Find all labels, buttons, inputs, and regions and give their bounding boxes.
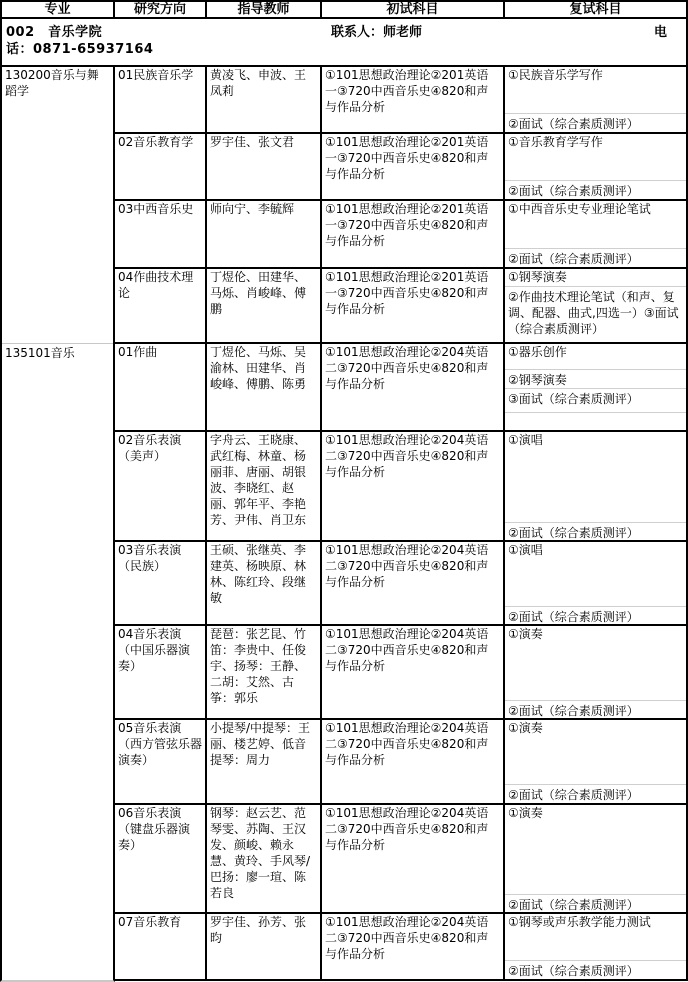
retest-item: ②面试（综合素质测评） — [505, 181, 686, 199]
advisors-cell: 钢琴：赵云艺、范琴雯、苏陶、王汉发、颜峻、赖永慧、黄玲、手风琴/巴扬：廖一瑄、陈… — [207, 803, 322, 914]
retest-cell: ①演奏 ②面试（综合素质测评） — [505, 803, 688, 914]
advisors-cell: 罗宇佳、张文君 — [207, 132, 322, 201]
advisors-cell: 王硕、张继英、李建英、杨映原、林林、陈红玲、段继敏 — [207, 540, 322, 626]
exam-cell: ①101思想政治理论②201英语一③720中西音乐史④820和声与作品分析 — [322, 199, 505, 269]
retest-item: ②面试（综合素质测评） — [505, 523, 686, 540]
exam-cell: ①101思想政治理论②204英语二③720中西音乐史④820和声与作品分析 — [322, 912, 505, 981]
retest-item: ②面试（综合素质测评） — [505, 895, 686, 912]
retest-cell: ①民族音乐学写作 ②面试（综合素质测评） — [505, 65, 688, 134]
retest-item: ②面试（综合素质测评） — [505, 114, 686, 132]
retest-item: ①中西音乐史专业理论笔试 — [505, 199, 686, 249]
direction-cell: 02音乐教育学 — [115, 132, 207, 201]
direction-cell: 03中西音乐史 — [115, 199, 207, 269]
retest-item: ①演奏 — [505, 803, 686, 895]
exam-cell: ①101思想政治理论②204英语二③720中西音乐史④820和声与作品分析 — [322, 624, 505, 720]
retest-cell: ①钢琴或声乐教学能力测试 ②面试（综合素质测评） — [505, 912, 688, 981]
retest-cell: ①钢琴演奏 ②作曲技术理论笔试（和声、复调、配器、曲式,四选一）③面试（综合素质… — [505, 267, 688, 344]
direction-cell: 07音乐教育 — [115, 912, 207, 981]
retest-item: ①演奏 — [505, 718, 686, 785]
retest-item: ②面试（综合素质测评） — [505, 961, 686, 979]
college-info-row: 002 音乐学院 话：0871-65937164 联系人：师老师 电 — [0, 17, 688, 67]
advisors-cell: 字舟云、王晓康、武红梅、林童、杨丽菲、唐丽、胡银波、李晓红、赵丽、郭年平、李艳芳… — [207, 430, 322, 542]
retest-item: ②面试（综合素质测评） — [505, 701, 686, 718]
retest-cell: ①演唱 ②面试（综合素质测评） — [505, 430, 688, 542]
retest-cell: ①演唱 ②面试（综合素质测评） — [505, 540, 688, 626]
retest-item: ②面试（综合素质测评） — [505, 607, 686, 624]
exam-cell: ①101思想政治理论②204英语二③720中西音乐史④820和声与作品分析 — [322, 342, 505, 432]
direction-cell: 03音乐表演（民族） — [115, 540, 207, 626]
retest-item: ①民族音乐学写作 — [505, 65, 686, 114]
retest-item: ①钢琴演奏 — [505, 267, 686, 287]
college-phone: 话：0871-65937164 — [6, 38, 153, 57]
major-cell: 135101音乐 — [0, 343, 115, 982]
retest-item: ①器乐创作 — [505, 342, 686, 370]
retest-cell: ①演奏 ②面试（综合素质测评） — [505, 718, 688, 805]
direction-cell: 01作曲 — [115, 342, 207, 432]
retest-item: ①钢琴或声乐教学能力测试 — [505, 912, 686, 961]
retest-cell: ①音乐教育学写作 ②面试（综合素质测评） — [505, 132, 688, 201]
direction-cell: 04音乐表演（中国乐器演奏） — [115, 624, 207, 720]
retest-cell: ①演奏 ②面试（综合素质测评） — [505, 624, 688, 720]
advisors-cell: 琵琶：张艺昆、竹笛：李贵中、任俊宇、扬琴：王静、二胡：艾然、古筝：郭乐 — [207, 624, 322, 720]
advisors-cell: 师向宁、李毓辉 — [207, 199, 322, 269]
exam-cell: ①101思想政治理论②204英语二③720中西音乐史④820和声与作品分析 — [322, 430, 505, 542]
advisors-cell: 丁煜伦、田建华、马烁、肖峻峰、傅鹏 — [207, 267, 322, 344]
retest-item: ①演唱 — [505, 430, 686, 523]
direction-cell: 02音乐表演（美声） — [115, 430, 207, 542]
retest-item: ③面试（综合素质测评） — [505, 389, 686, 413]
advisors-cell: 小提琴/中提琴：王丽、楼艺婷、低音提琴：周力 — [207, 718, 322, 805]
retest-item: ①演唱 — [505, 540, 686, 607]
advisors-cell: 丁煜伦、马烁、吴渝林、田建华、肖峻峰、傅鹏、陈勇 — [207, 342, 322, 432]
retest-cell: ①中西音乐史专业理论笔试 ②面试（综合素质测评） — [505, 199, 688, 269]
advisors-cell: 黄凌飞、申波、王凤莉 — [207, 65, 322, 134]
advisors-cell: 罗宇佳、孙芳、张昀 — [207, 912, 322, 981]
exam-cell: ①101思想政治理论②204英语二③720中西音乐史④820和声与作品分析 — [322, 803, 505, 914]
retest-item: ②面试（综合素质测评） — [505, 785, 686, 803]
retest-item: ②面试（综合素质测评） — [505, 249, 686, 267]
college-contact: 联系人：师老师 — [331, 21, 422, 40]
exam-cell: ①101思想政治理论②201英语一③720中西音乐史④820和声与作品分析 — [322, 267, 505, 344]
retest-item: ①演奏 — [505, 624, 686, 701]
college-phone-prefix: 电 — [654, 21, 667, 40]
retest-cell: ①器乐创作 ②钢琴演奏 ③面试（综合素质测评） — [505, 342, 688, 432]
direction-cell: 06音乐表演（键盘乐器演奏） — [115, 803, 207, 914]
exam-cell: ①101思想政治理论②204英语二③720中西音乐史④820和声与作品分析 — [322, 540, 505, 626]
exam-cell: ①101思想政治理论②201英语一③720中西音乐史④820和声与作品分析 — [322, 132, 505, 201]
direction-cell: 04作曲技术理论 — [115, 267, 207, 344]
exam-cell: ①101思想政治理论②201英语一③720中西音乐史④820和声与作品分析 — [322, 65, 505, 134]
retest-item: ①音乐教育学写作 — [505, 132, 686, 181]
exam-cell: ①101思想政治理论②204英语二③720中西音乐史④820和声与作品分析 — [322, 718, 505, 805]
direction-cell: 01民族音乐学 — [115, 65, 207, 134]
retest-item: ②作曲技术理论笔试（和声、复调、配器、曲式,四选一）③面试（综合素质测评） — [505, 287, 686, 342]
direction-cell: 05音乐表演（西方管弦乐器演奏） — [115, 718, 207, 805]
major-cell: 130200音乐与舞蹈学 — [0, 65, 115, 344]
retest-item: ②钢琴演奏 — [505, 370, 686, 389]
